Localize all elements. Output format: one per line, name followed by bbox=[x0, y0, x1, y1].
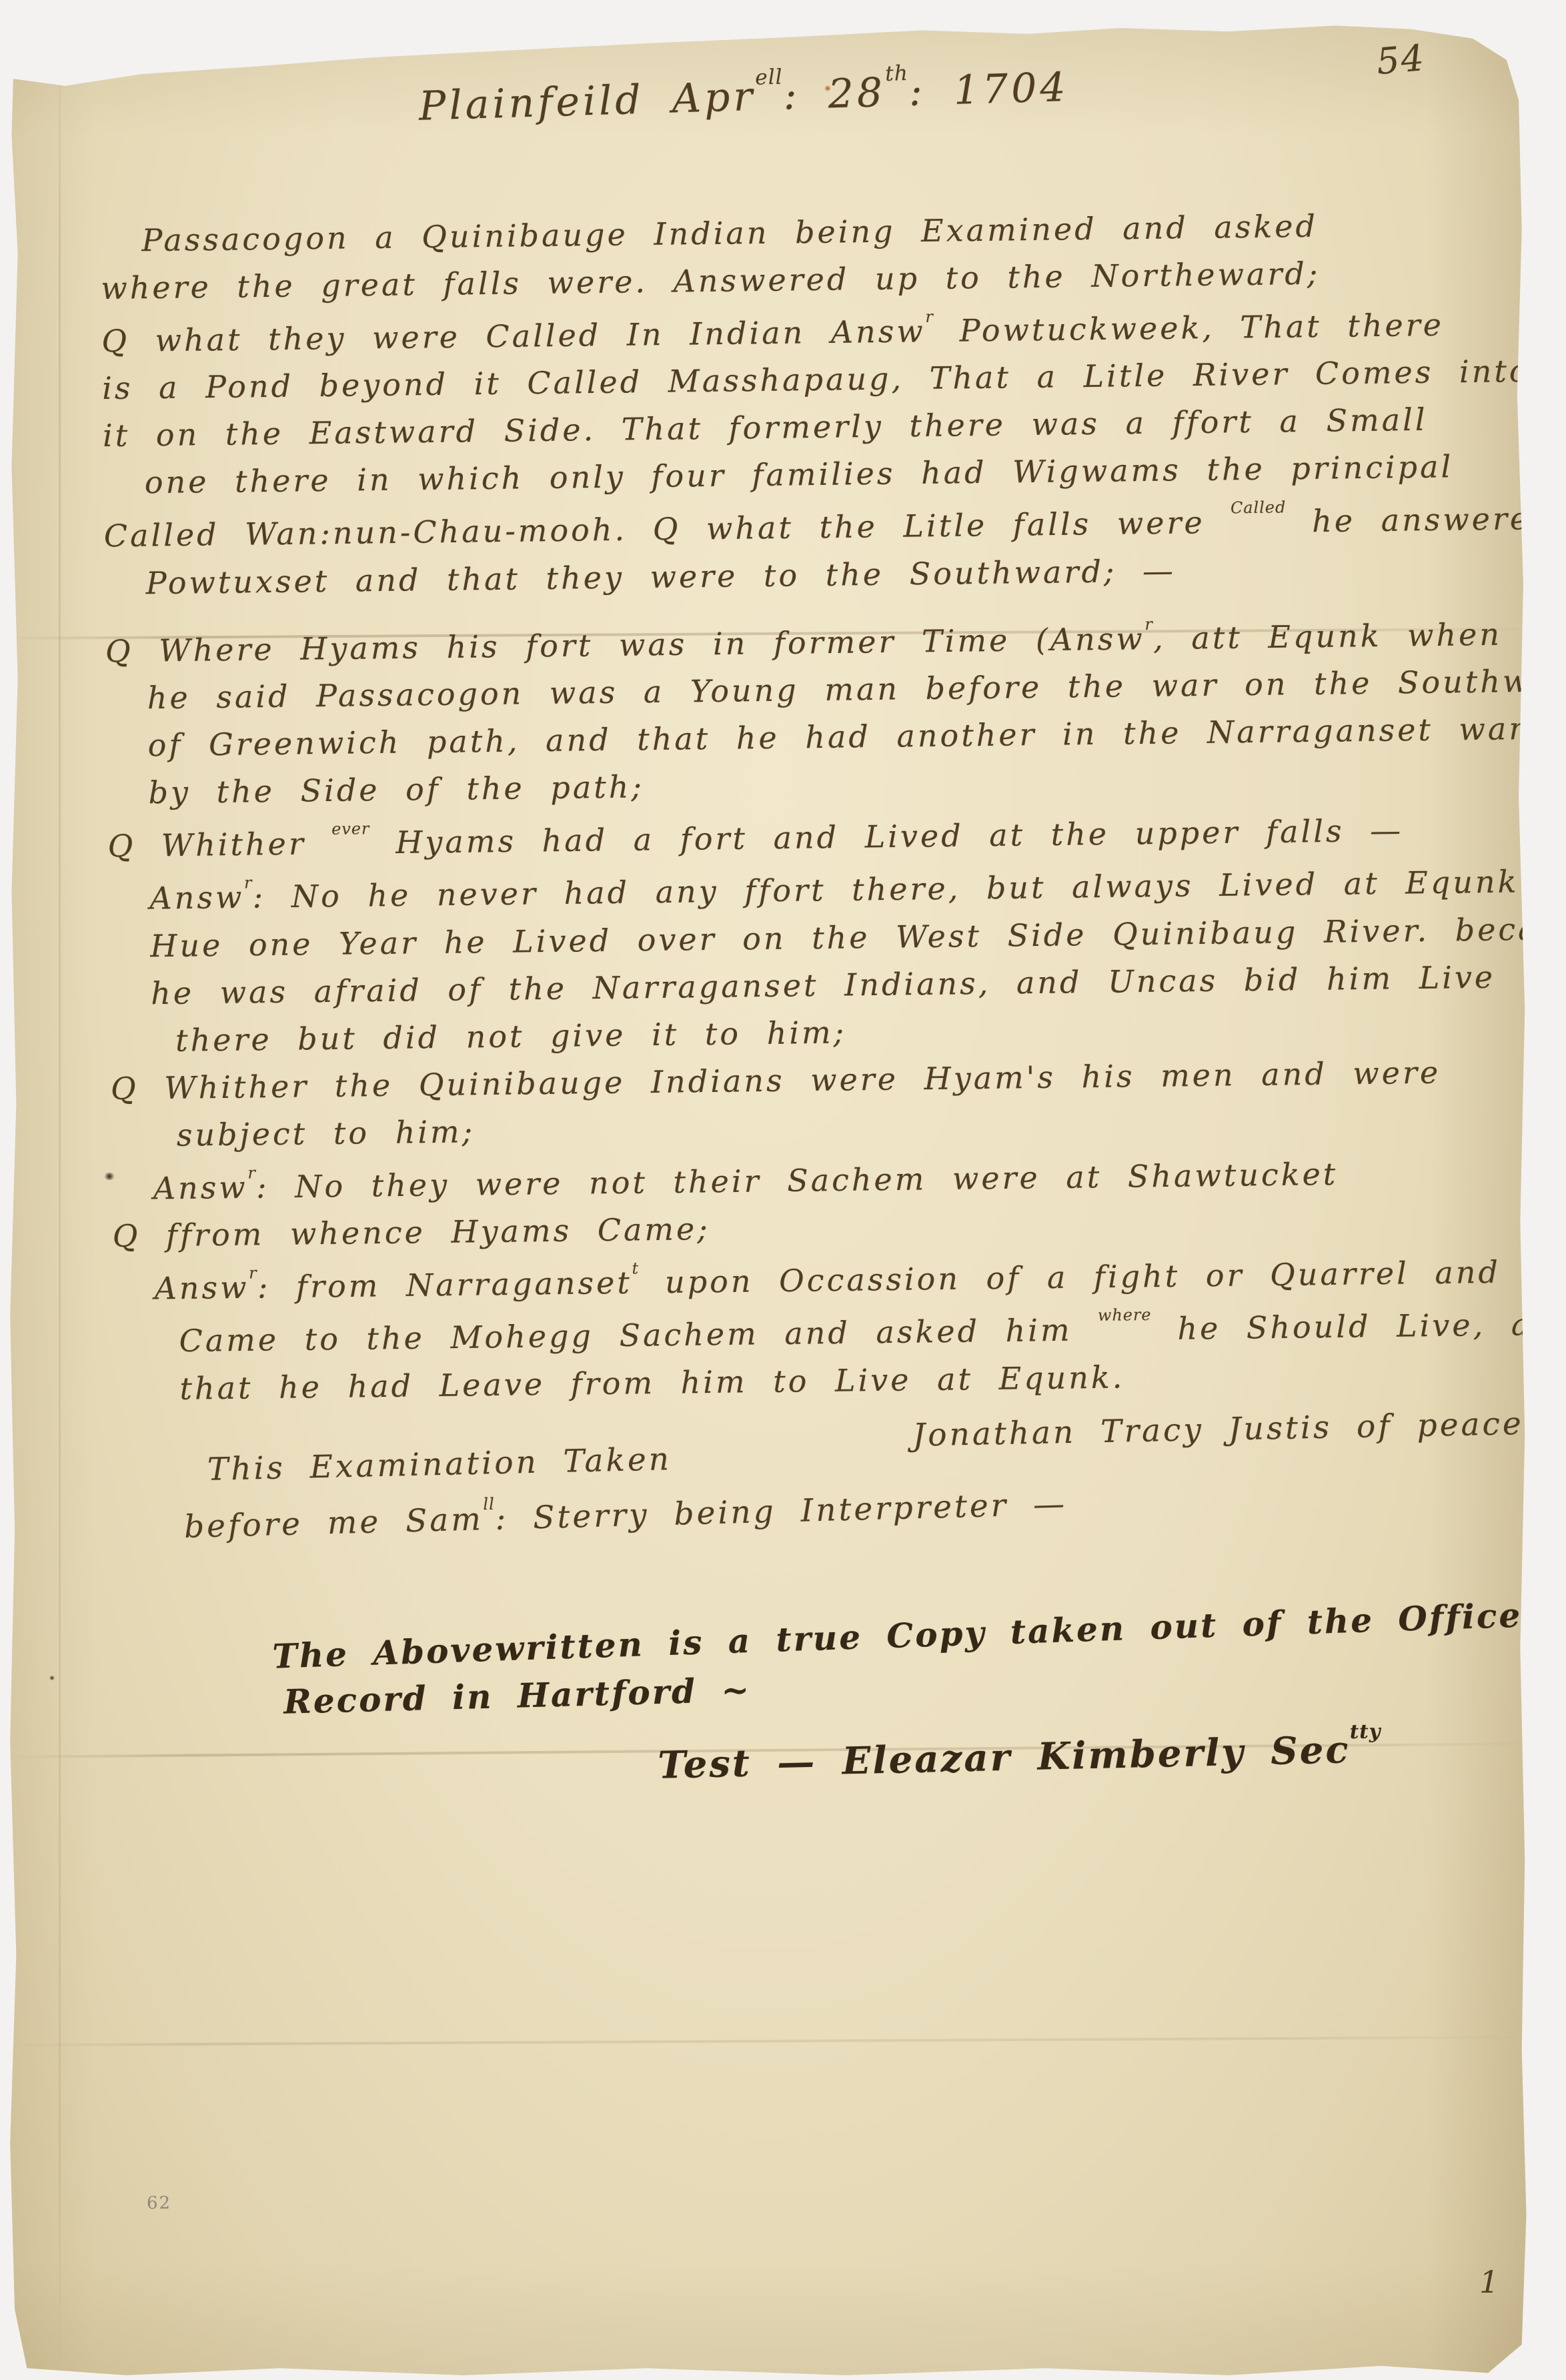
document-heading: Plainfeild Aprell: 28th: 1704 bbox=[418, 64, 1069, 130]
certification-line-2: Record in Hartford ~ bbox=[283, 1670, 751, 1721]
ink-mark: 1 bbox=[1479, 2264, 1499, 2300]
manuscript-lines: Passacogon a Quinibauge Indian being Exa… bbox=[100, 200, 1522, 1413]
certification-line-1: The Abovewritten is a true Copy taken ou… bbox=[272, 1593, 1566, 1676]
justice-signature: Jonathan Tracy Justis of peace bbox=[912, 1405, 1524, 1454]
attestation-line-1: This Examination Taken bbox=[207, 1441, 672, 1488]
scanned-manuscript-page: { "page": { "page_number": "54", "headin… bbox=[0, 0, 1566, 2380]
manuscript-paper: 54 Plainfeild Aprell: 28th: 1704 Passaco… bbox=[4, 17, 1534, 2380]
attestation-line-2: before me Samll: Sterry being Interprete… bbox=[183, 1485, 1067, 1546]
manuscript-content: Plainfeild Aprell: 28th: 1704 Passacogon… bbox=[1, 0, 1560, 2380]
secretary-signature: Test — Eleazar Kimberly Sectty bbox=[658, 1727, 1382, 1788]
pencil-note: 62 bbox=[147, 2193, 171, 2213]
